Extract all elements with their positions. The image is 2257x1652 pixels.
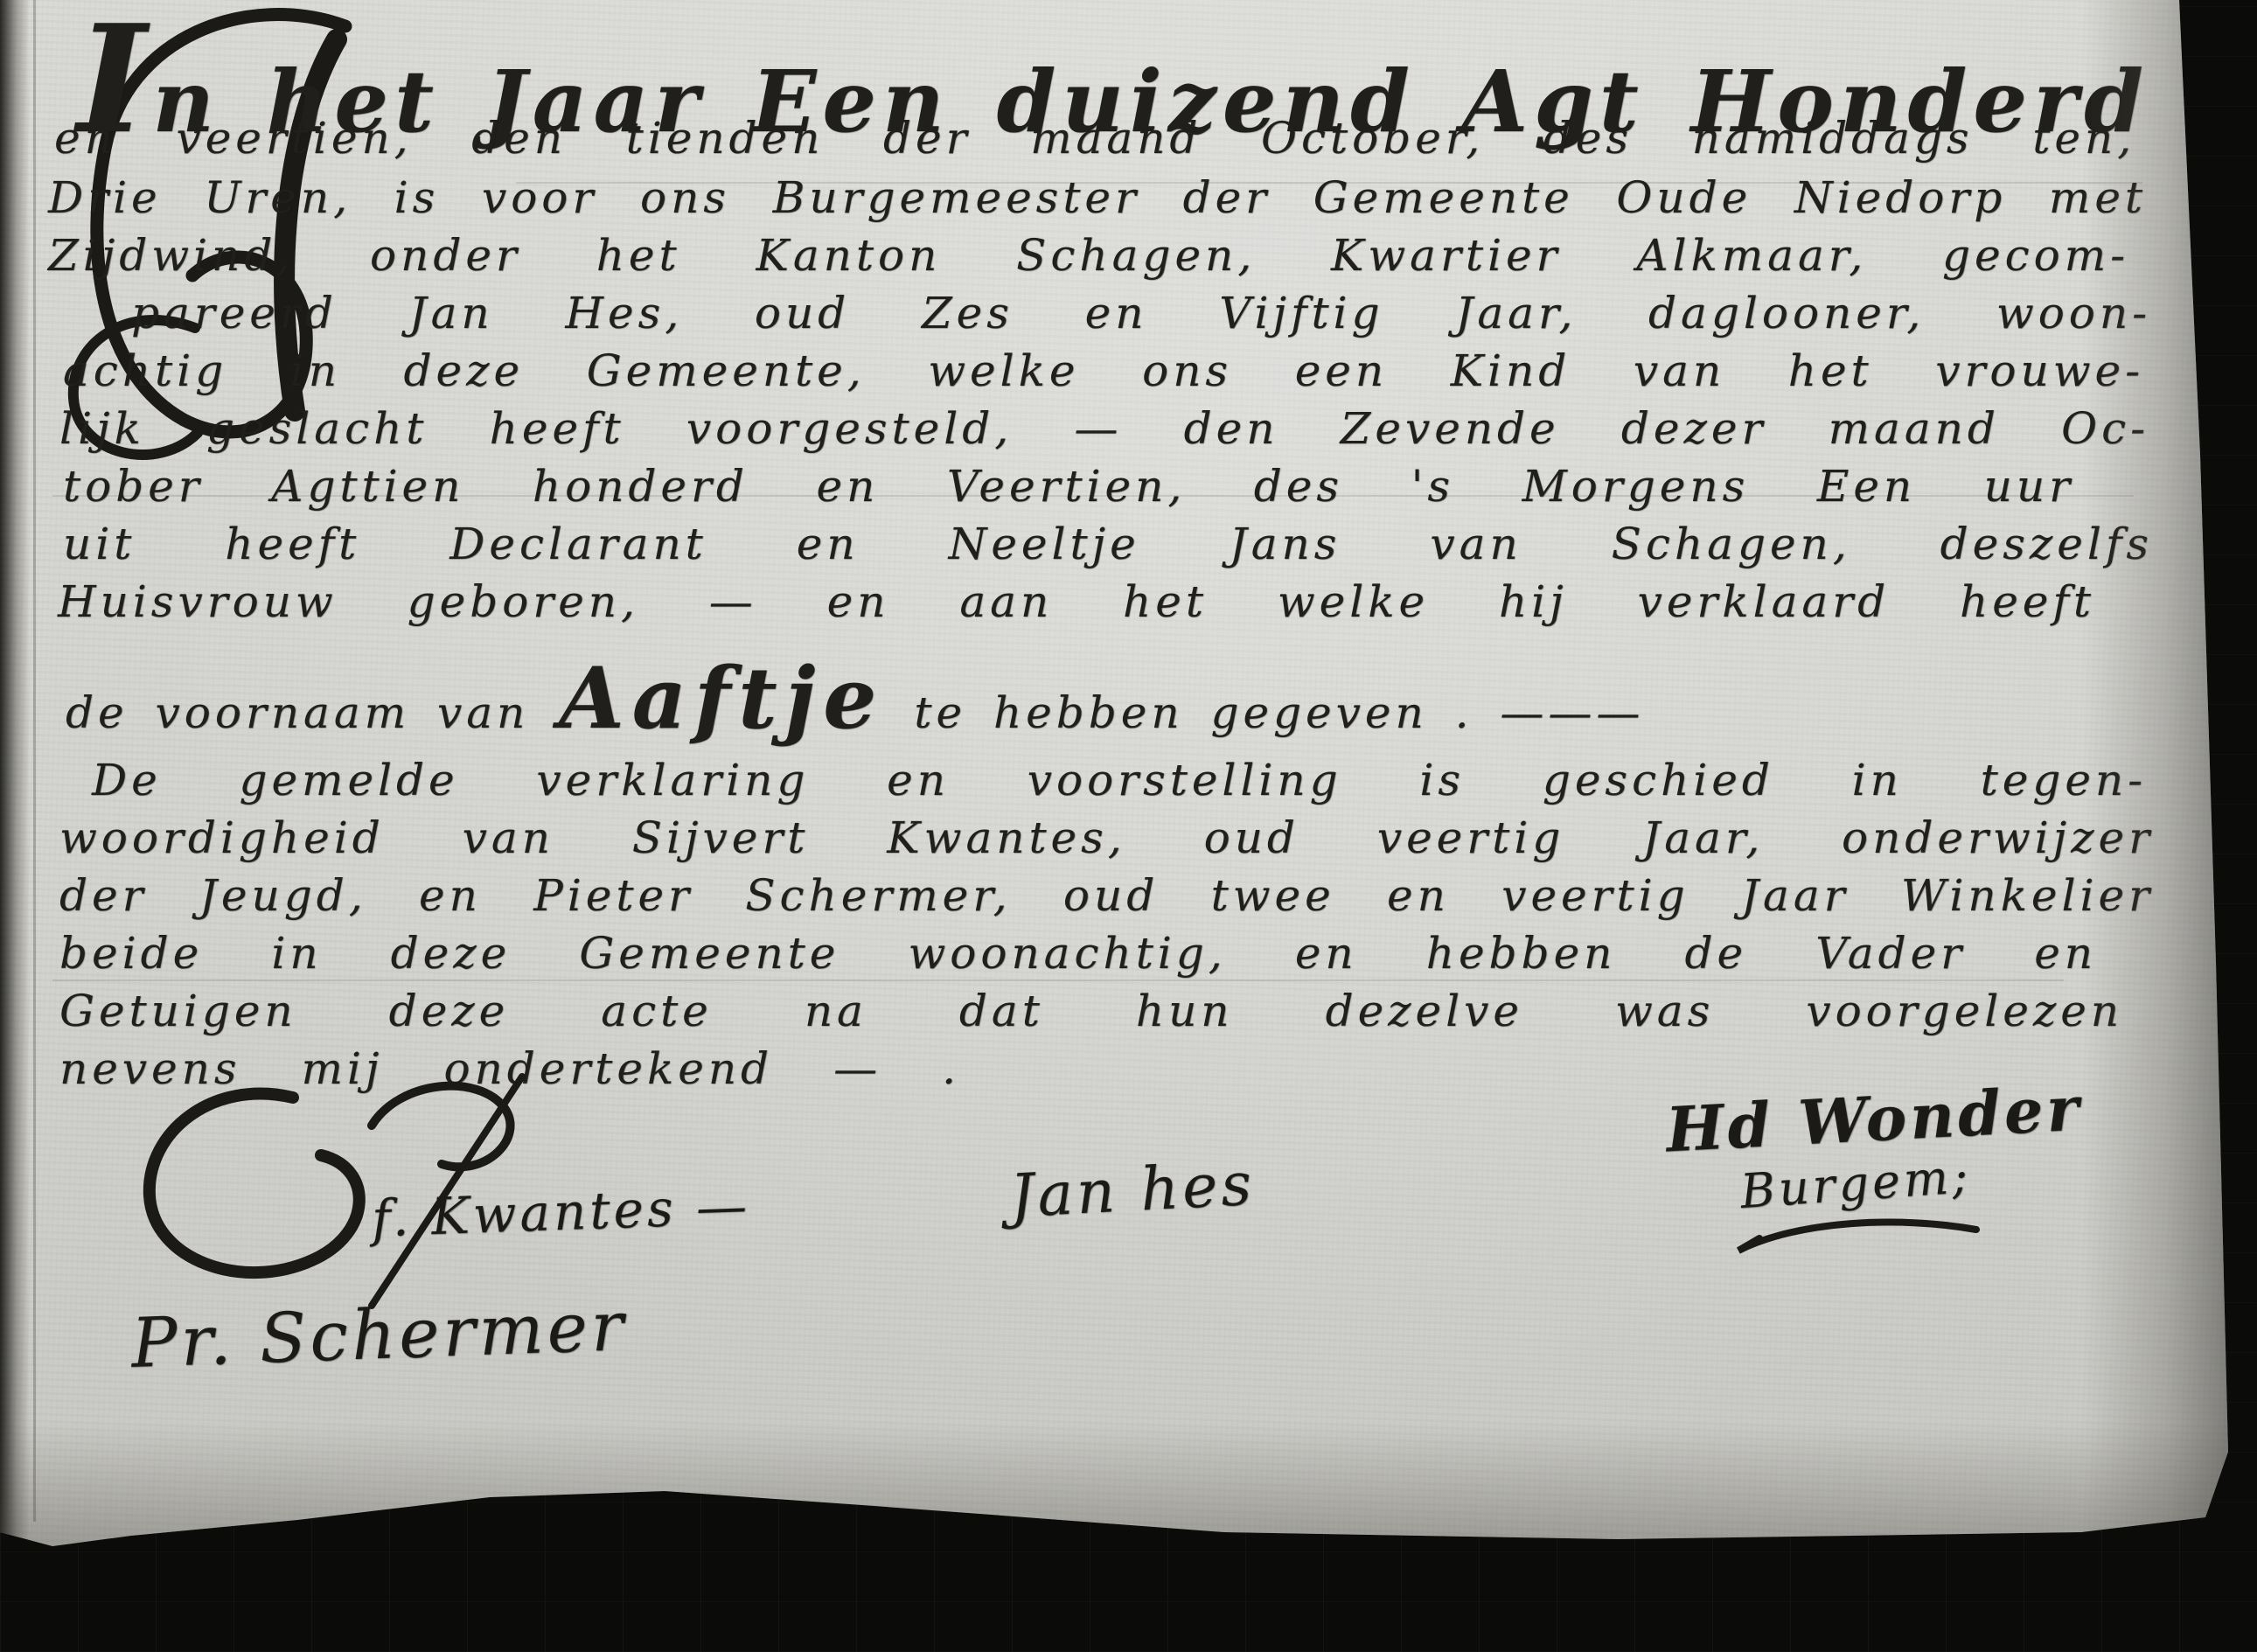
binding-crease [33, 0, 36, 1522]
manuscript-line: woordigheid van Sijvert Kwantes, oud vee… [59, 815, 2154, 861]
manuscript-name-line: de voornaam van Aaftje te hebben gegeven… [66, 649, 1644, 748]
manuscript-line: lijk geslacht heeft voorgesteld, — den Z… [59, 406, 2149, 452]
page-right-edge-shade [2081, 0, 2234, 1652]
name-line-post: te hebben gegeven . ——— [914, 687, 1644, 738]
child-name: Aaftje [559, 649, 884, 748]
faint-rule [52, 979, 2064, 981]
signature-schermer: Pr. Schermer [130, 1287, 629, 1384]
manuscript-line: Drie Uren, is voor ons Burgemeester der … [48, 175, 2147, 221]
manuscript-line: en veertien, den tienden der maand Octob… [54, 115, 2135, 162]
manuscript-page: In het Jaar Een duizend Agt Honderd en v… [0, 0, 2257, 1652]
manuscript-line: achtig in deze Gemeente, welke ons een K… [63, 348, 2144, 394]
manuscript-line: Getuigen deze acte na dat hun dezelve wa… [59, 988, 2123, 1035]
manuscript-line: pareerd Jan Hes, oud Zes en Vijftig Jaar… [131, 290, 2151, 337]
manuscript-line: der Jeugd, en Pieter Schermer, oud twee … [59, 873, 2154, 919]
manuscript-line: beide in deze Gemeente woonachtig, en he… [59, 931, 2097, 977]
signature-official: Hd Wonder [1664, 1072, 2084, 1167]
scan-background: { "document": { "heading": "In het Jaar … [0, 0, 2257, 1652]
manuscript-line: Huisvrouw geboren, — en aan het welke hi… [58, 579, 2095, 625]
manuscript-line: uit heeft Declarant en Neeltje Jans van … [63, 521, 2153, 568]
signature-father: Jan hes [1008, 1150, 1257, 1232]
page-bottom-edge-shade [0, 1421, 2257, 1552]
manuscript-line: tober Agttien honderd en Veertien, des '… [63, 464, 2074, 510]
burgemeester-underline-flourish [1714, 1214, 1985, 1266]
manuscript-line: Zijdwind, onder het Kanton Schagen, Kwar… [48, 233, 2129, 279]
binding-shadow [0, 0, 30, 1652]
name-line-pre: de voornaam van [66, 687, 529, 738]
manuscript-line: De gemelde verklaring en voorstelling is… [92, 757, 2147, 804]
signature-kwantes: f. Kwantes — [371, 1175, 751, 1248]
